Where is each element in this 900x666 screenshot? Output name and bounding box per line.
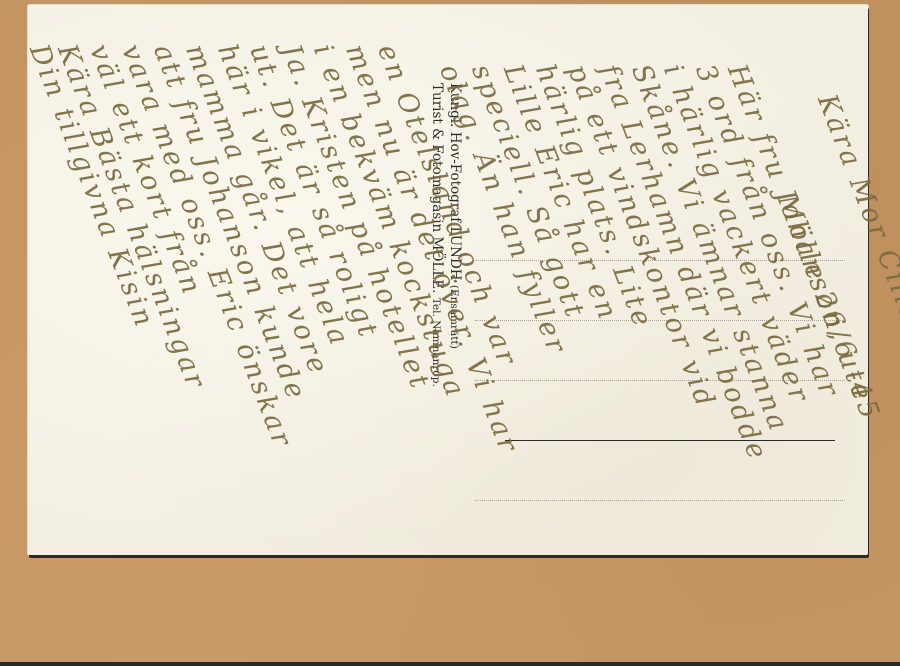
imprint-photographer: Kungl. Hov-Fotograf LUNDH (447, 83, 463, 281)
imprint-line-2: Turist & Fotomagasin MÖLLE. Tel. Namnanr… (427, 83, 445, 503)
address-line-3 (475, 380, 845, 381)
hw-line: härlig plats. Lite (529, 60, 659, 333)
imprint-shop: Turist & Fotomagasin MÖLLE. (429, 83, 445, 293)
address-line-1 (475, 260, 845, 261)
hw-line: Lille Eric har en (497, 60, 624, 326)
hw-line: Din tillgivna Kisin (23, 40, 160, 333)
hw-line: Mölle 26/6 -45 (771, 190, 886, 426)
hw-line: speciell. Så gott (465, 60, 591, 324)
postcard: Kungl. Hov-Fotograf LUNDH (Ensamrätt) Tu… (28, 5, 868, 555)
hw-line: mamma går. Det vore (179, 40, 334, 380)
hw-line: i härlig vackert väder (657, 60, 815, 409)
hw-line: 3 ord från oss. Vi har (689, 60, 845, 403)
hw-line: ut. Det är så roligt (243, 40, 384, 343)
hw-line: här i vikel, att hela (211, 40, 355, 351)
publisher-imprint: Kungl. Hov-Fotograf LUNDH (Ensamrätt) Tu… (409, 83, 463, 503)
hw-line: väl ett kort från (83, 40, 208, 301)
address-line-4 (475, 500, 845, 501)
hw-line: Kära Mor Cilla (811, 90, 900, 329)
address-line-2 (475, 320, 845, 321)
hw-line: fra Lerhamn där vi bodde (593, 60, 773, 466)
hw-line: Kära Bästa hälsningar (51, 40, 212, 395)
imprint-phone: Tel. Namnanrop. (430, 298, 442, 387)
imprint-line-1: Kungl. Hov-Fotograf LUNDH (Ensamrätt) (445, 83, 463, 503)
hw-line: vara med oss. Eric önskar (115, 40, 298, 453)
hw-line: på ett vindskontor vid (561, 60, 721, 413)
scan-bottom-edge (0, 662, 900, 666)
hw-line: att fru Johanson kunde (147, 40, 312, 406)
imprint-rights: (Ensamrätt) (448, 285, 460, 349)
address-line-underline (505, 440, 835, 441)
hw-line: Här fru Johanson, ute (721, 60, 879, 407)
